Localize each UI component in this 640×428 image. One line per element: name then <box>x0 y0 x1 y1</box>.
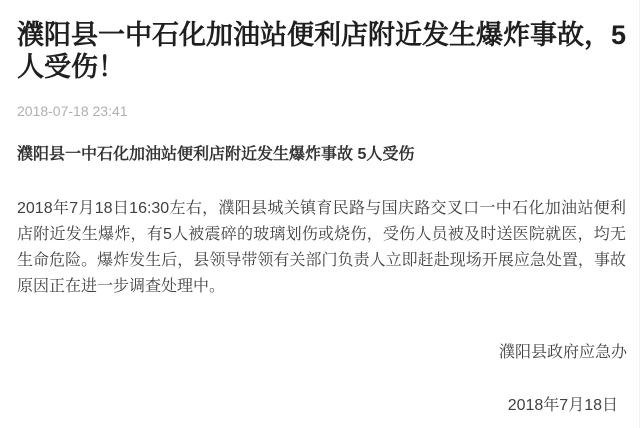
article-body-paragraph: 2018年7月18日16:30左右，濮阳县城关镇育民路与国庆路交叉口一中石化加油… <box>17 196 626 300</box>
article-content: 濮阳县一中石化加油站便利店附近发生爆炸事故，5人受伤！ 2018-07-18 2… <box>0 19 639 300</box>
article-title: 濮阳县一中石化加油站便利店附近发生爆炸事故，5人受伤！ <box>17 19 626 83</box>
publish-timestamp: 2018-07-18 23:41 <box>17 104 626 119</box>
signature-line: 濮阳县政府应急办 <box>499 344 627 361</box>
signature-date-line: 2018年7月18日 <box>508 397 618 414</box>
article-subtitle: 濮阳县一中石化加油站便利店附近发生爆炸事故 5人受伤 <box>17 146 626 163</box>
article-page: 濮阳县一中石化加油站便利店附近发生爆炸事故，5人受伤！ 2018-07-18 2… <box>0 0 640 428</box>
